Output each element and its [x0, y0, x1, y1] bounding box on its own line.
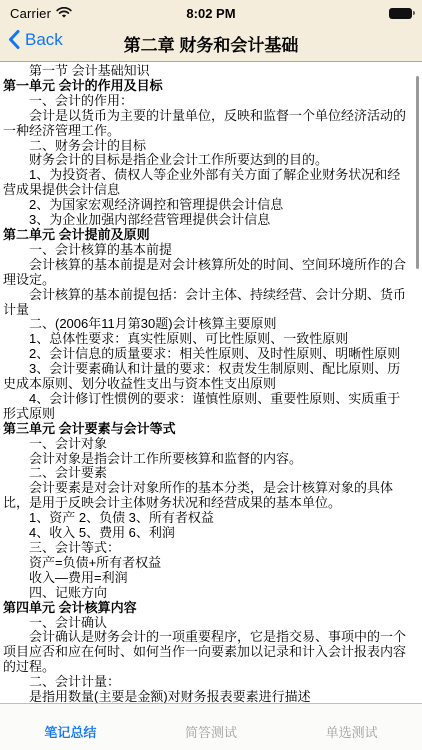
tab-item-notes-summary[interactable]: 笔记总结 [0, 722, 141, 750]
content-paragraph: 财务会计的目标是指企业会计工作所要达到的目的。 [3, 153, 407, 168]
content-paragraph: 二、会计要素 [3, 466, 407, 481]
content-paragraph: 2、为国家宏观经济调控和管理提供会计信息 [3, 198, 407, 213]
content-paragraph: 是指用数量(主要是金额)对财务报表要素进行描述 [3, 690, 407, 703]
tab-item-short-answer-test[interactable]: 简答测试 [141, 722, 282, 750]
content-paragraph: 4、会计修订性惯例的要求：谨慎性原则、重要性原则、实质重于形式原则 [3, 392, 407, 422]
content-paragraph: 会计核算的基本前提是对会计核算所处的时间、空间环境所作的合理设定。 [3, 258, 407, 288]
content-paragraph: 3、为企业加强内部经营管理提供会计信息 [3, 213, 407, 228]
content-paragraph: 一、会计核算的基本前提 [3, 243, 407, 258]
content-paragraph: 3、会计要素确认和计量的要求：权责发生制原则、配比原则、历史成本原则、划分收益性… [3, 362, 407, 392]
content-paragraph: 二、财务会计的目标 [3, 139, 407, 154]
content-paragraph: 二、会计计量： [3, 675, 407, 690]
page-title: 第二章 财务和会计基础 [0, 31, 422, 56]
content-paragraph: 二、(2006年11月第30题)会计核算主要原则 [3, 317, 407, 332]
content-paragraph: 会计要素是对会计对象所作的基本分类，是会计核算对象的具体比，是用于反映会计主体财… [3, 481, 407, 511]
scrollbar[interactable] [416, 76, 419, 269]
status-bar: 8:02 PM Carrier [0, 0, 422, 26]
content-paragraph: 一、会计对象 [3, 437, 407, 452]
tab-bar: 笔记总结简答测试单选测试 [0, 703, 422, 750]
content-paragraph: 会计对象是指会计工作所要核算和监督的内容。 [3, 452, 407, 467]
unit-heading: 第四单元 会计核算内容 [3, 601, 407, 616]
content-paragraph: 1、为投资者、债权人等企业外部有关方面了解企业财务状况和经营成果提供会计信息 [3, 168, 407, 198]
app-screen: 8:02 PM Carrier Back 第二章 财务和会 [0, 0, 422, 750]
content-paragraph: 会计核算的基本前提包括：会计主体、持续经营、会计分期、货币计量 [3, 288, 407, 318]
content-paragraph: 资产=负债+所有者权益 [3, 556, 407, 571]
content-paragraph: 收入—费用=利润 [3, 571, 407, 586]
content-paragraph: 第一节 会计基础知识 [3, 64, 407, 79]
content-paragraph: 会计是以货币为主要的计量单位，反映和监督一个单位经济活动的一种经济管理工作。 [3, 109, 407, 139]
content-paragraph: 一、会计确认 [3, 616, 407, 631]
content-paragraph: 会计确认是财务会计的一项重要程序，它是指交易、事项中的一个项目应否和应在何时、如… [3, 630, 407, 675]
tab-item-single-choice-test[interactable]: 单选测试 [281, 722, 422, 750]
content-paragraph: 1、资产 2、负债 3、所有者权益 [3, 511, 407, 526]
content-paragraph: 2、会计信息的质量要求：相关性原则、及时性原则、明晰性原则 [3, 347, 407, 362]
content-paragraph: 四、记账方向 [3, 586, 407, 601]
unit-heading: 第一单元 会计的作用及目标 [3, 79, 407, 94]
content-paragraph: 4、收入 5、费用 6、利润 [3, 526, 407, 541]
content-paragraph: 三、会计等式： [3, 541, 407, 556]
content-area[interactable]: 第一节 会计基础知识第一单元 会计的作用及目标一、会计的作用：会计是以货币为主要… [0, 61, 422, 703]
navigation-bar: Back 第二章 财务和会计基础 [0, 26, 422, 61]
content-paragraph: 一、会计的作用： [3, 94, 407, 109]
content-text: 第一节 会计基础知识第一单元 会计的作用及目标一、会计的作用：会计是以货币为主要… [0, 62, 422, 703]
unit-heading: 第二单元 会计提前及原则 [3, 228, 407, 243]
unit-heading: 第三单元 会计要素与会计等式 [3, 422, 407, 437]
battery-icon [389, 8, 412, 19]
content-paragraph: 1、总体性要求：真实性原则、可比性原则、一致性原则 [3, 332, 407, 347]
